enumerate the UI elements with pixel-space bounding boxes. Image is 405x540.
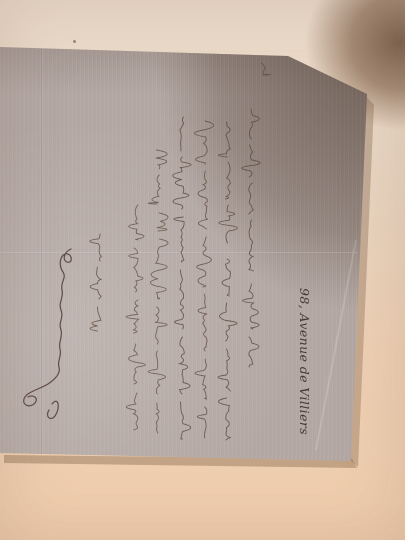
handwriting-line [129, 344, 146, 384]
handwriting-line [180, 117, 184, 151]
photo-of-handwritten-letter: 98, Avenue de Villiers [0, 0, 405, 540]
handwriting-line [180, 337, 191, 394]
handwriting-line [220, 303, 237, 341]
diagonal-fold-crease [316, 240, 356, 450]
handwriting-line [249, 109, 259, 139]
signature-flourish [24, 249, 72, 406]
handwriting-line [148, 351, 165, 394]
handwriting-line [222, 259, 230, 296]
handwriting-line [219, 122, 231, 157]
handwriting-line [180, 402, 190, 439]
handwriting-line [90, 267, 101, 299]
handwriting-line [156, 150, 167, 169]
handwriting-line [249, 220, 253, 271]
handwriting-line [195, 121, 214, 164]
handwriting-line [218, 398, 230, 440]
handwriting-line [156, 307, 167, 344]
handwriting-line [129, 205, 144, 240]
handwriting-line [242, 145, 260, 177]
handwriting-line [197, 237, 212, 287]
handwriting-line [148, 175, 160, 204]
handwriting-line [126, 300, 138, 333]
handwriting-line [174, 217, 184, 262]
handwriting-line [249, 337, 259, 367]
handwriting-line [243, 284, 260, 329]
handwriting-line [157, 213, 168, 231]
letterhead-address: 98, Avenue de Villiers [297, 288, 312, 435]
handwriting-line [129, 248, 143, 292]
handwriting-line [150, 239, 168, 299]
handwriting-line [226, 162, 231, 199]
handwriting-line [261, 63, 271, 75]
handwriting-line [173, 157, 191, 209]
handwriting-line [175, 270, 184, 329]
handwriting-line [126, 393, 137, 430]
handwriting-line [198, 294, 207, 351]
handwriting-line [249, 183, 254, 214]
handwriting-line [198, 171, 207, 229]
signature-flourish [48, 401, 59, 418]
handwriting-line [197, 407, 206, 438]
handwriting-line [90, 307, 101, 331]
handwriting-line [90, 234, 102, 261]
handwriting-line [218, 349, 230, 391]
handwriting-line [219, 205, 237, 243]
handwriting-line [195, 359, 207, 399]
background-speck [73, 40, 76, 43]
handwriting-line [156, 403, 159, 433]
